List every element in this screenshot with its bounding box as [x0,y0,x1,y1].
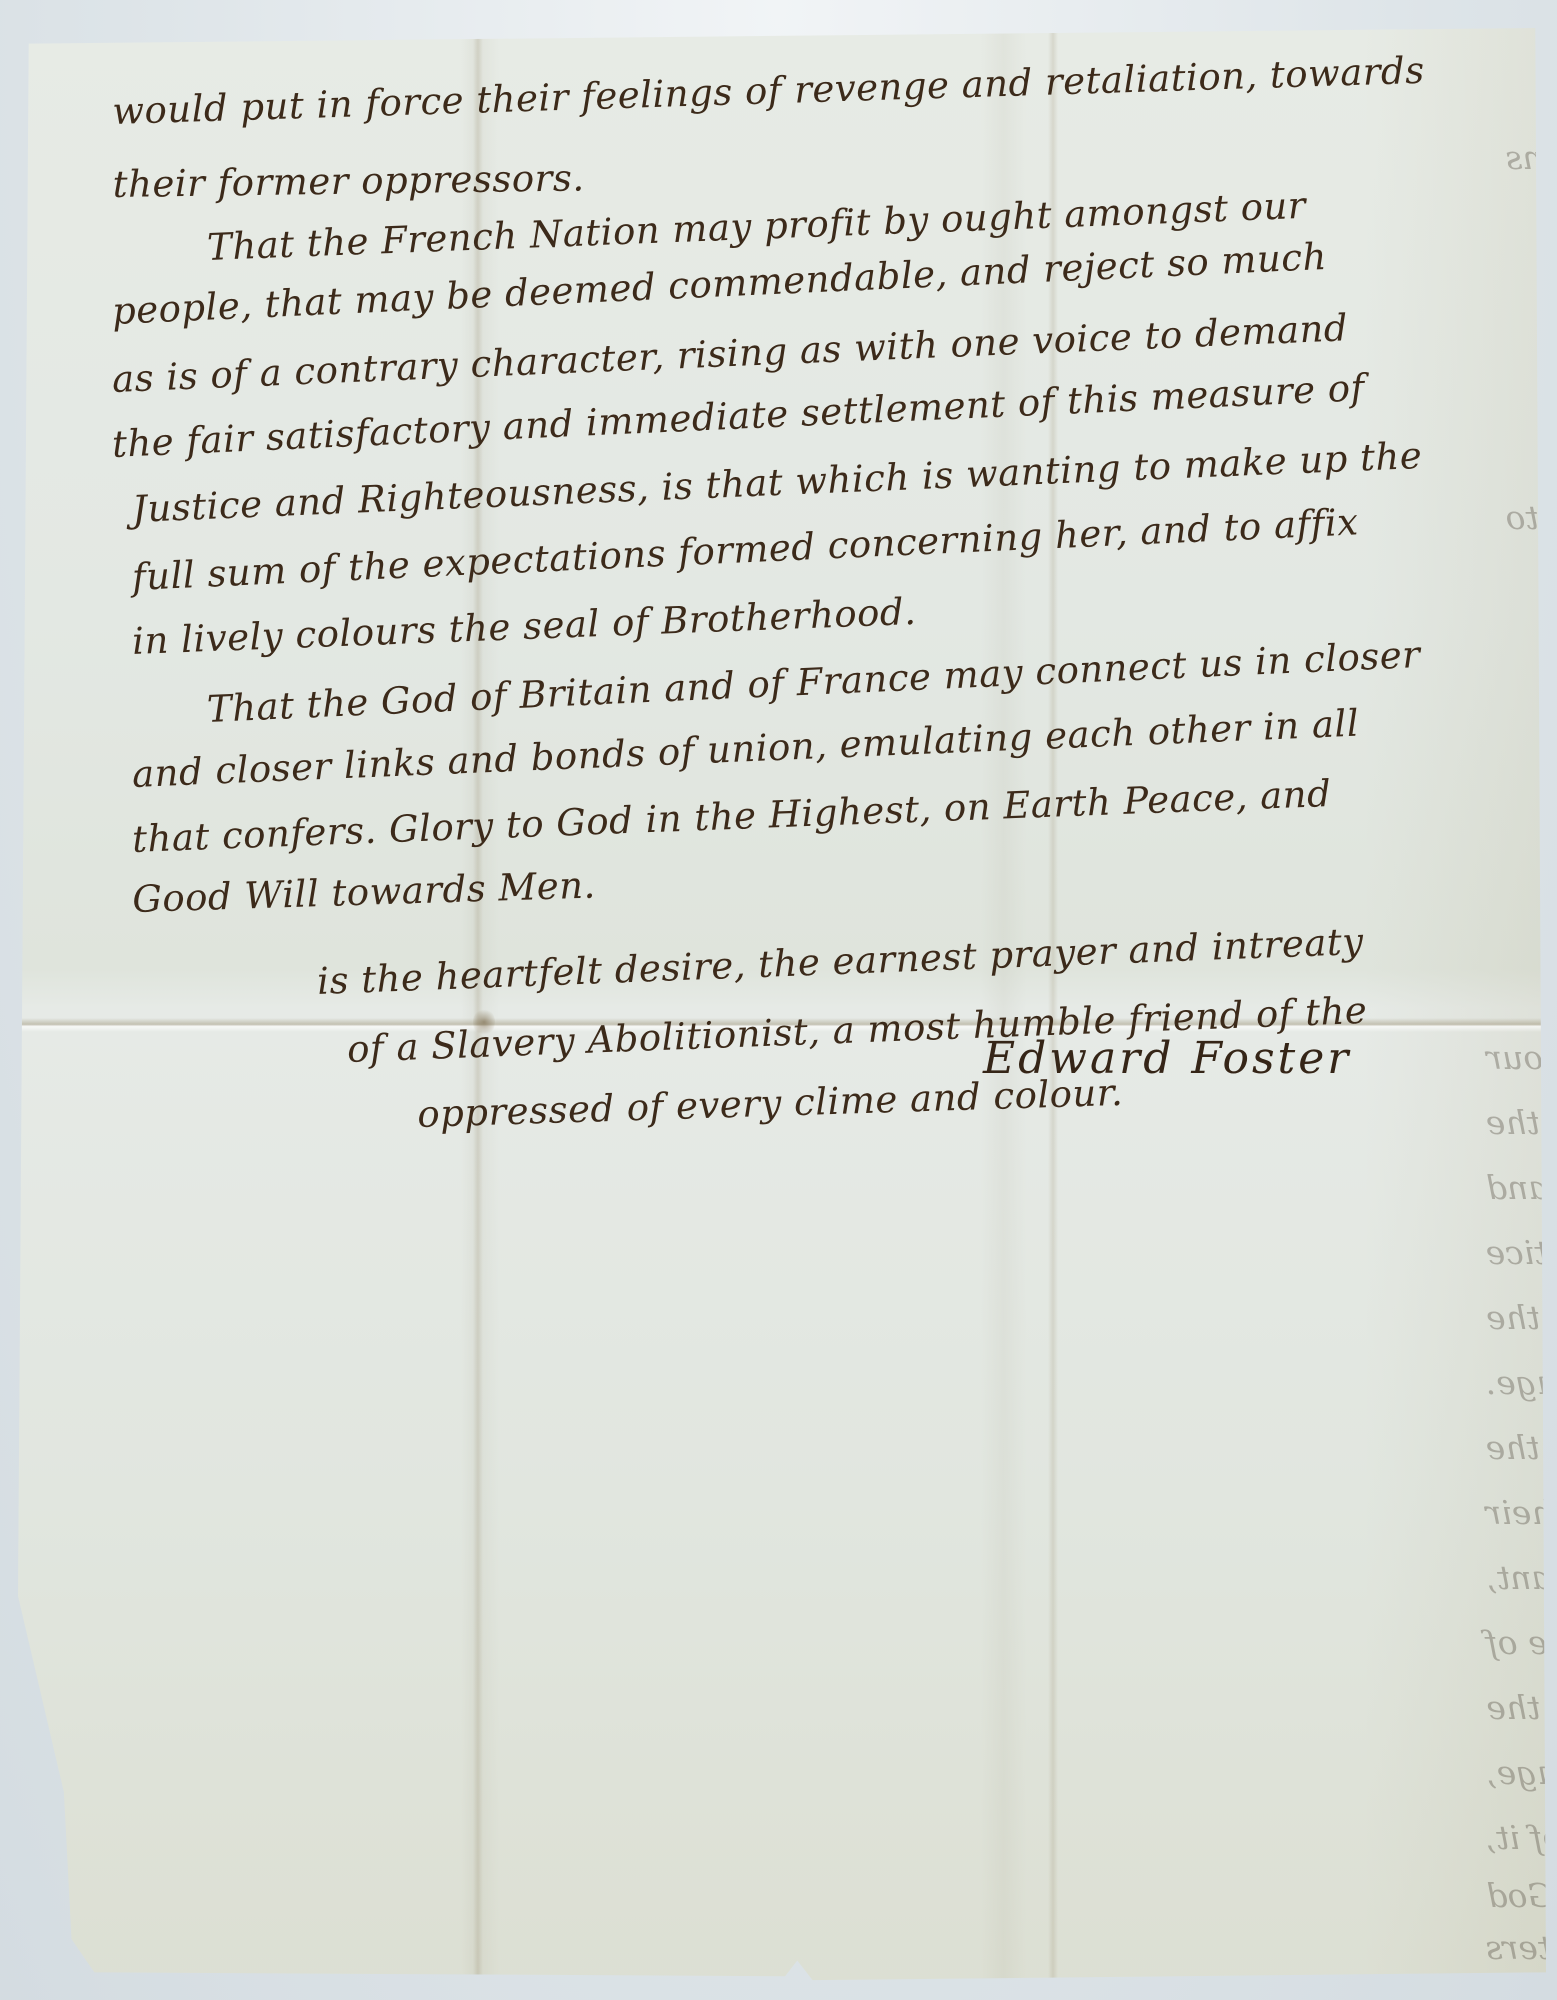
letter-line: their former oppressors. [112,156,584,206]
signature: Edward Foster [983,1033,1351,1084]
letter-line: Good Will towards Men. [132,863,597,921]
letter-page: of the measures in the British House of … [18,28,1546,1988]
letter-line: in lively colours the seal of Brotherhoo… [131,590,917,663]
letter-line: would put in force their feelings of rev… [112,49,1426,133]
